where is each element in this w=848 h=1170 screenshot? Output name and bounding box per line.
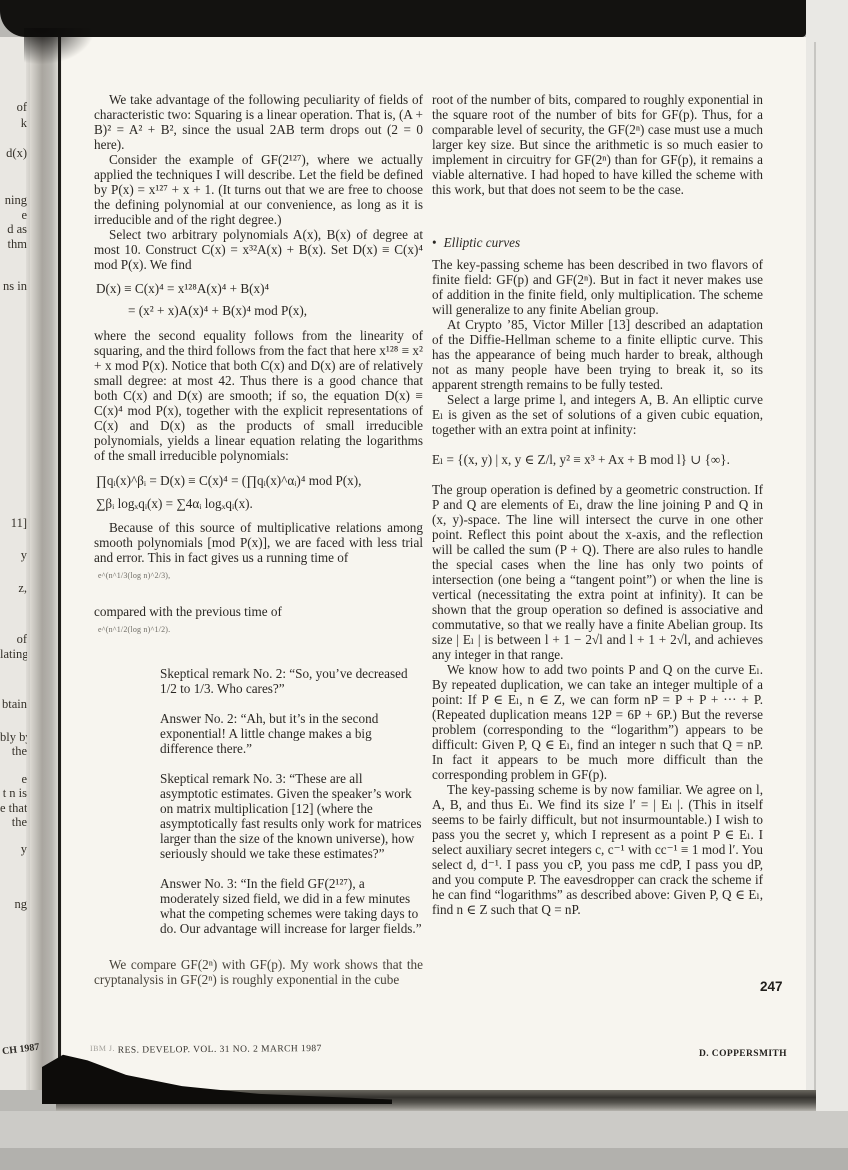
margin-text-fragment: ning xyxy=(0,193,27,208)
display-equation: Eₗ = {(x, y) | x, y ∈ Z/l, y² ≡ x³ + Ax … xyxy=(432,452,763,467)
body-paragraph: root of the number of bits, compared to … xyxy=(432,92,763,197)
body-paragraph: The key-passing scheme has been describe… xyxy=(432,257,763,317)
running-time-expression: e^(n^1/2(log n)^1/2). xyxy=(98,622,423,637)
body-paragraph: The group operation is defined by a geom… xyxy=(432,482,763,662)
body-paragraph: We compare GF(2ⁿ) with GF(p). My work sh… xyxy=(94,957,423,987)
page-number: 247 xyxy=(760,979,783,994)
journal-footer: IBM J. RES. DEVELOP. VOL. 31 NO. 2 MARCH… xyxy=(90,1042,322,1056)
body-paragraph: Because of this source of multiplicative… xyxy=(94,520,423,565)
journal-footer-text: RES. DEVELOP. VOL. 31 NO. 2 MARCH 1987 xyxy=(118,1044,322,1056)
bullet-icon: • xyxy=(432,235,437,250)
scanner-background-dark-strip xyxy=(0,1148,848,1170)
left-text-column: We take advantage of the following pecul… xyxy=(94,92,423,987)
margin-text-fragment: y xyxy=(0,548,27,563)
margin-text-fragment: z, xyxy=(0,581,27,596)
margin-text-fragment: e xyxy=(0,772,27,787)
display-equation: D(x) ≡ C(x)⁴ = x¹²⁸A(x)⁴ + B(x)⁴ xyxy=(96,281,423,296)
margin-text-fragment: btain xyxy=(0,697,27,712)
margin-text-fragment: of xyxy=(0,100,27,115)
right-text-column: root of the number of bits, compared to … xyxy=(432,92,763,917)
page-edge-line-right xyxy=(814,42,816,1092)
journal-footer-faded: IBM J. xyxy=(90,1044,115,1053)
margin-text-fragment: e xyxy=(0,208,27,223)
quote-block: Answer No. 3: “In the field GF(2¹²⁷), a … xyxy=(160,876,423,936)
margin-text-fragment: d as xyxy=(0,222,27,237)
margin-text-fragment: y xyxy=(0,842,27,857)
margin-text-fragment: the xyxy=(0,744,27,759)
body-paragraph: We know how to add two points P and Q on… xyxy=(432,662,763,782)
display-equation: = (x² + x)A(x)⁴ + B(x)⁴ mod P(x), xyxy=(128,303,423,318)
margin-text-fragment: 11] xyxy=(0,516,27,531)
section-heading-label: Elliptic curves xyxy=(444,235,521,250)
margin-text-fragment: t n is xyxy=(0,786,27,801)
body-paragraph: Select a large prime l, and integers A, … xyxy=(432,392,763,437)
quote-block: Skeptical remark No. 2: “So, you’ve decr… xyxy=(160,666,423,696)
margin-text-fragment: e that xyxy=(0,801,27,816)
margin-text-fragment: thm xyxy=(0,237,27,252)
body-paragraph: compared with the previous time of xyxy=(94,604,423,619)
margin-text-fragment: ns in xyxy=(0,279,27,294)
facing-page-edge-line xyxy=(58,37,61,1090)
scan-right-edge xyxy=(806,0,848,1170)
body-paragraph: At Crypto ’85, Victor Miller [13] descri… xyxy=(432,317,763,392)
book-spine-shadow xyxy=(26,37,62,1090)
body-paragraph: We take advantage of the following pecul… xyxy=(94,92,423,152)
quote-block: Skeptical remark No. 3: “These are all a… xyxy=(160,771,423,861)
section-heading: •Elliptic curves xyxy=(432,235,763,250)
display-equation: ∑βᵢ logₓqᵢ(x) = ∑4αᵢ logₓqᵢ(x). xyxy=(96,496,423,511)
quote-block: Answer No. 2: “Ah, but it’s in the secon… xyxy=(160,711,423,756)
running-time-expression: e^(n^1/3(log n)^2/3), xyxy=(98,568,423,583)
body-paragraph: Select two arbitrary polynomials A(x), B… xyxy=(94,227,423,272)
body-paragraph: The key-passing scheme is by now familia… xyxy=(432,782,763,917)
margin-text-fragment: k xyxy=(0,116,27,131)
margin-text-fragment: the xyxy=(0,815,27,830)
margin-text-fragment: of xyxy=(0,632,27,647)
body-paragraph: where the second equality follows from t… xyxy=(94,328,423,463)
margin-text-fragment: lating xyxy=(0,647,27,662)
scan-top-black-bar xyxy=(0,0,806,37)
body-paragraph: Consider the example of GF(2¹²⁷), where … xyxy=(94,152,423,227)
margin-text-fragment: bly by xyxy=(0,730,27,745)
margin-text-fragment: d(x) xyxy=(0,146,27,161)
margin-text-fragment: ng xyxy=(0,897,27,912)
author-footer: D. COPPERSMITH xyxy=(699,1049,787,1059)
scanned-journal-page: of k d(x) ning e d as thm ns in 11] y z,… xyxy=(0,0,848,1170)
display-equation: ∏qᵢ(x)^βᵢ = D(x) ≡ C(x)⁴ = (∏qᵢ(x)^αᵢ)⁴ … xyxy=(96,473,423,488)
